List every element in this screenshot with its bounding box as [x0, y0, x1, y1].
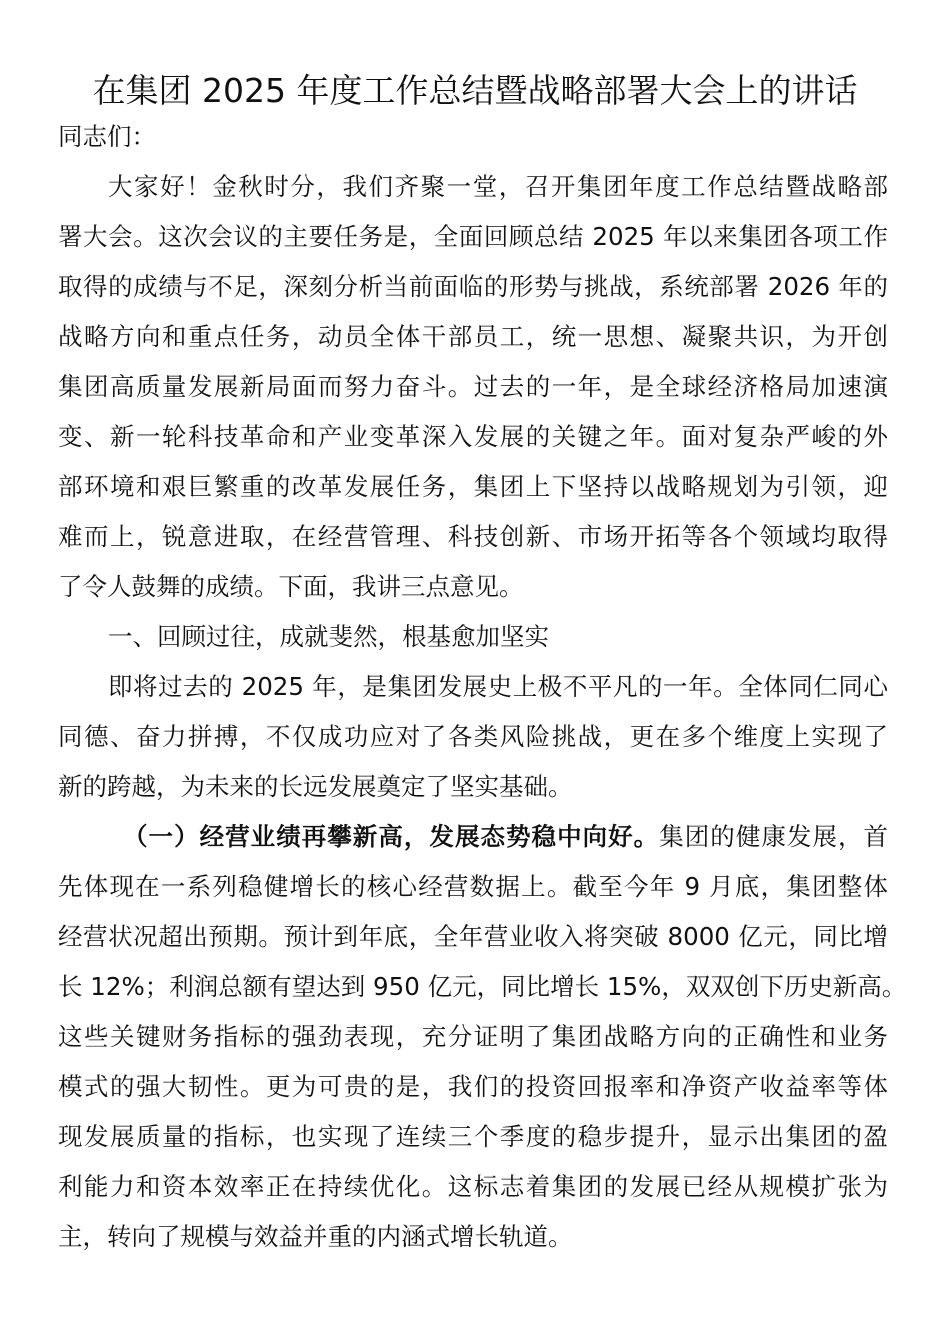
paragraph-line: 了令人鼓舞的成绩。下面，我讲三点意见。 [58, 570, 888, 604]
paragraph-line: 现发展质量的指标，也实现了连续三个季度的稳步提升，显示出集团的盈 [58, 1120, 888, 1154]
paragraph-line: 模式的强大韧性。更为可贵的是，我们的投资回报率和净资产收益率等体 [58, 1070, 888, 1104]
subsection-text: 集团的健康发展，首 [659, 822, 888, 851]
paragraph-line: 利能力和资本效率正在持续优化。这标志着集团的发展已经从规模扩张为 [58, 1170, 888, 1204]
paragraph-line: 同德、奋力拼搏，不仅成功应对了各类风险挑战，更在多个维度上实现了 [58, 720, 888, 754]
paragraph-line: 经营状况超出预期。预计到年底，全年营业收入将突破 8000 亿元，同比增 [58, 920, 888, 954]
paragraph-line: 集团高质量发展新局面而努力奋斗。过去的一年，是全球经济格局加速演 [58, 370, 888, 404]
paragraph-line: 这些关键财务指标的强劲表现，充分证明了集团战略方向的正确性和业务 [58, 1020, 888, 1054]
paragraph-line: 部环境和艰巨繁重的改革发展任务，集团上下坚持以战略规划为引领，迎 [58, 470, 888, 504]
subsection-heading: （一）经营业绩再攀新高，发展态势稳中向好。 [123, 822, 659, 851]
paragraph-line: 难而上，锐意进取，在经营管理、科技创新、市场开拓等各个领域均取得 [58, 520, 888, 554]
paragraph-line: 大家好！金秋时分，我们齐聚一堂，召开集团年度工作总结暨战略部 [108, 170, 888, 204]
document-page: 在集团 2025 年度工作总结暨战略部署大会上的讲话 同志们： 大家好！金秋时分… [0, 0, 950, 1344]
section-heading: 一、回顾过往，成就斐然，根基愈加坚实 [108, 620, 888, 654]
document-title: 在集团 2025 年度工作总结暨战略部署大会上的讲话 [58, 68, 892, 114]
paragraph-line: 即将过去的 2025 年，是集团发展史上极不平凡的一年。全体同仁同心 [108, 670, 888, 704]
paragraph-line: 先体现在一系列稳健增长的核心经营数据上。截至今年 9 月底，集团整体 [58, 870, 888, 904]
paragraph-line: 长 12%；利润总额有望达到 950 亿元，同比增长 15%，双双创下历史新高。 [58, 970, 888, 1004]
paragraph-line: 新的跨越，为未来的长远发展奠定了坚实基础。 [58, 770, 888, 804]
salutation: 同志们： [58, 120, 888, 154]
paragraph-line: 取得的成绩与不足，深刻分析当前面临的形势与挑战，系统部署 2026 年的 [58, 270, 888, 304]
paragraph-line: 主，转向了规模与效益并重的内涵式增长轨道。 [58, 1220, 888, 1254]
paragraph-line: 战略方向和重点任务，动员全体干部员工，统一思想、凝聚共识，为开创 [58, 320, 888, 354]
paragraph-line: 变、新一轮科技革命和产业变革深入发展的关键之年。面对复杂严峻的外 [58, 420, 888, 454]
paragraph-line: 署大会。这次会议的主要任务是，全面回顾总结 2025 年以来集团各项工作 [58, 220, 888, 254]
subsection-first-line: （一）经营业绩再攀新高，发展态势稳中向好。集团的健康发展，首 [123, 820, 888, 854]
